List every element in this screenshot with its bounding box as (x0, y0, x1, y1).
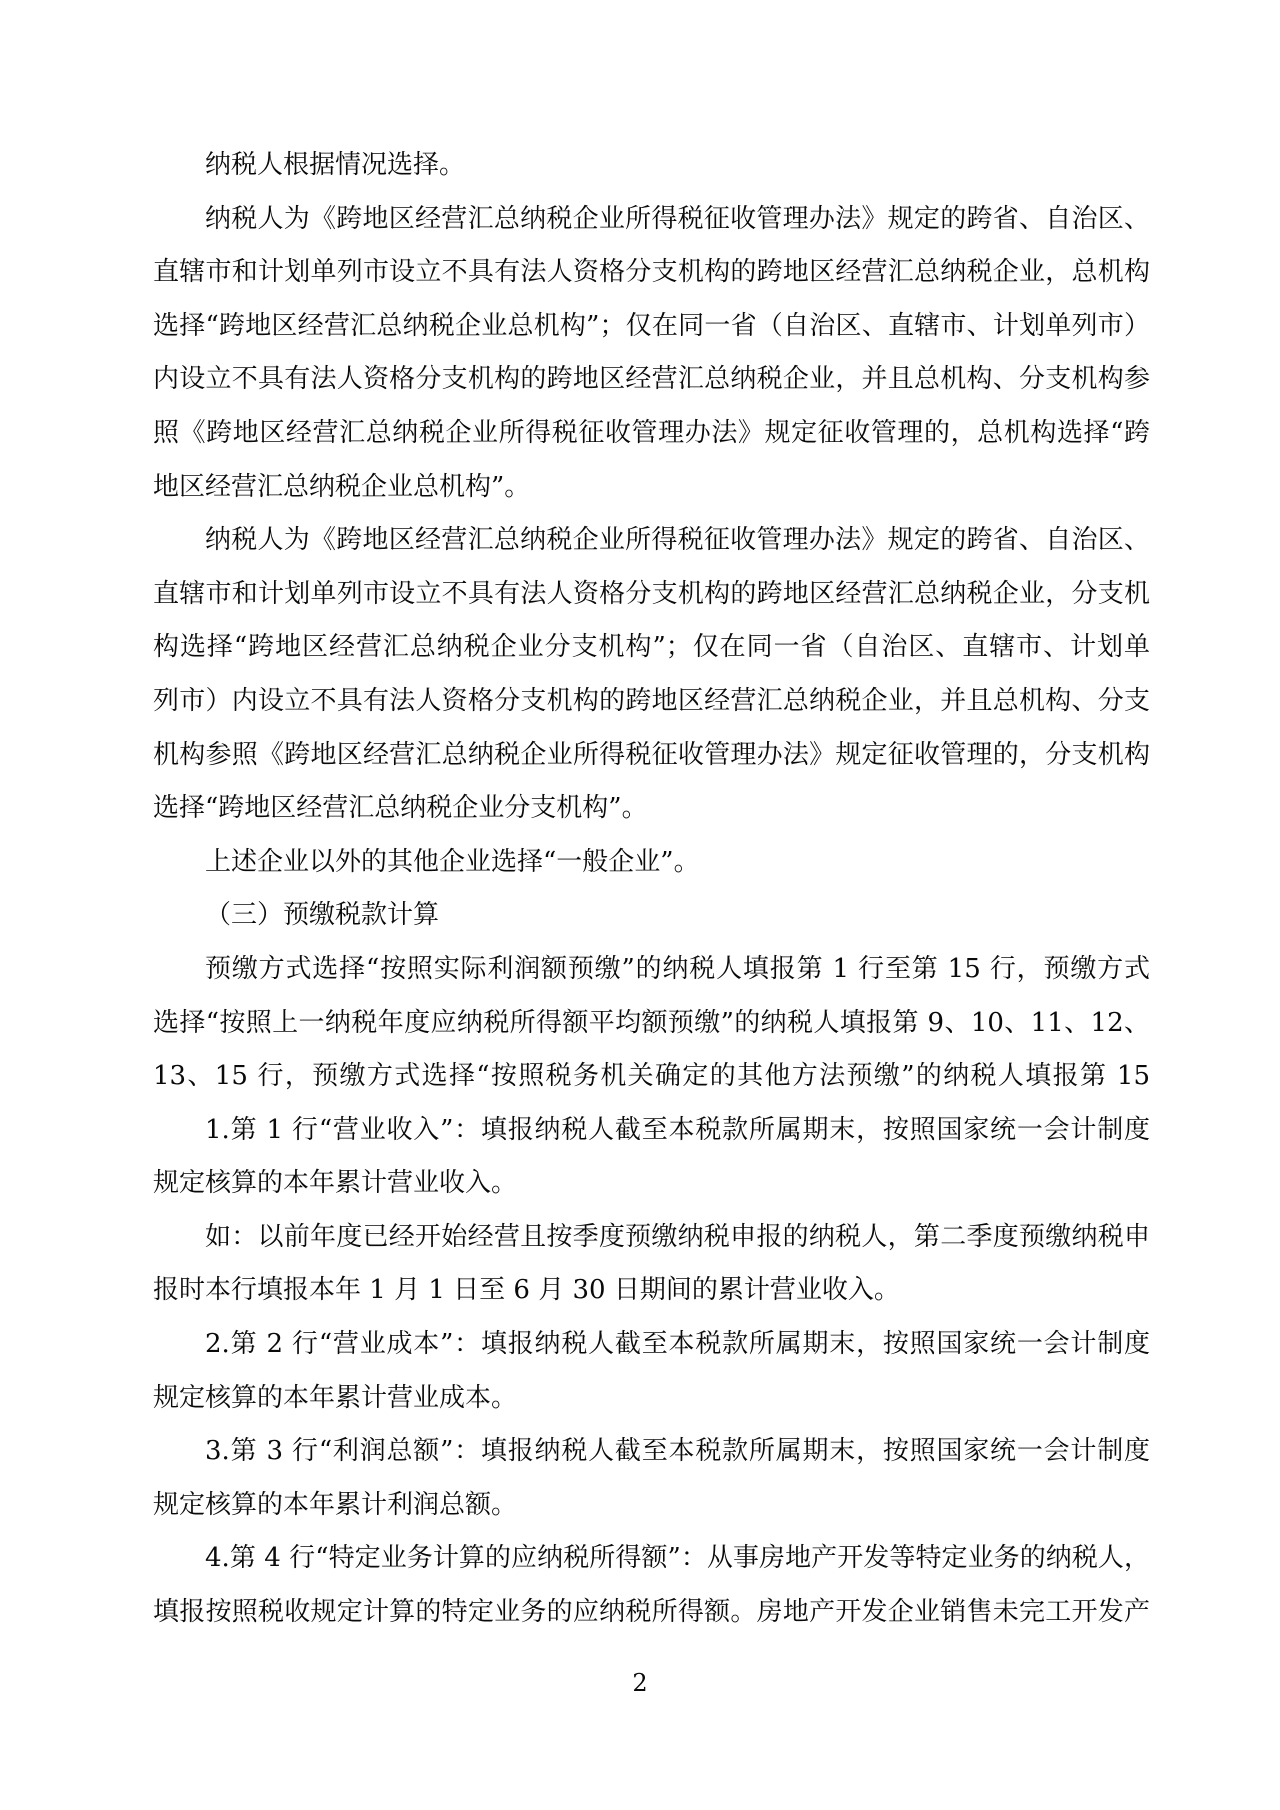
document-page: 纳税人根据情况选择。纳税人为《跨地区经营汇总纳税企业所得税征收管理办法》规定的跨… (0, 0, 1280, 1810)
text-line: 4.第 4 行“特定业务计算的应纳税所得额”：从事房地产开发等特定业务的纳税人， (153, 1532, 1150, 1586)
page-number: 2 (0, 1668, 1280, 1698)
text-line: 上述企业以外的其他企业选择“一般企业”。 (153, 836, 1150, 890)
text-line: 规定核算的本年累计利润总额。 (153, 1479, 1150, 1533)
text-line: 直辖市和计划单列市设立不具有法人资格分支机构的跨地区经营汇总纳税企业，总机构 (153, 246, 1150, 300)
text-line: 列市）内设立不具有法人资格分支机构的跨地区经营汇总纳税企业，并且总机构、分支 (153, 675, 1150, 729)
text-line: （三）预缴税款计算 (153, 889, 1150, 943)
text-line: 如：以前年度已经开始经营且按季度预缴纳税申报的纳税人，第二季度预缴纳税申 (153, 1211, 1150, 1265)
text-line: 内设立不具有法人资格分支机构的跨地区经营汇总纳税企业，并且总机构、分支机构参 (153, 353, 1150, 407)
text-line: 构选择“跨地区经营汇总纳税企业分支机构”；仅在同一省（自治区、直辖市、计划单 (153, 621, 1150, 675)
text-line: 地区经营汇总纳税企业总机构”。 (153, 461, 1150, 515)
text-line: 规定核算的本年累计营业收入。 (153, 1157, 1150, 1211)
text-line: 直辖市和计划单列市设立不具有法人资格分支机构的跨地区经营汇总纳税企业，分支机 (153, 568, 1150, 622)
text-line: 1.第 1 行“营业收入”：填报纳税人截至本税款所属期末，按照国家统一会计制度 (153, 1104, 1150, 1158)
text-line: 填报按照税收规定计算的特定业务的应纳税所得额。房地产开发企业销售未完工开发产 (153, 1586, 1150, 1640)
text-line: 纳税人为《跨地区经营汇总纳税企业所得税征收管理办法》规定的跨省、自治区、 (153, 514, 1150, 568)
text-line: 照《跨地区经营汇总纳税企业所得税征收管理办法》规定征收管理的，总机构选择“跨 (153, 407, 1150, 461)
text-line: 选择“按照上一纳税年度应纳税所得额平均额预缴”的纳税人填报第 9、10、11、1… (153, 997, 1150, 1051)
text-line: 机构参照《跨地区经营汇总纳税企业所得税征收管理办法》规定征收管理的，分支机构 (153, 729, 1150, 783)
text-line: 报时本行填报本年 1 月 1 日至 6 月 30 日期间的累计营业收入。 (153, 1264, 1150, 1318)
text-line: 2.第 2 行“营业成本”：填报纳税人截至本税款所属期末，按照国家统一会计制度 (153, 1318, 1150, 1372)
text-body: 纳税人根据情况选择。纳税人为《跨地区经营汇总纳税企业所得税征收管理办法》规定的跨… (153, 139, 1150, 1640)
text-line: 纳税人为《跨地区经营汇总纳税企业所得税征收管理办法》规定的跨省、自治区、 (153, 193, 1150, 247)
text-line: 13、15 行，预缴方式选择“按照税务机关确定的其他方法预缴”的纳税人填报第 1… (153, 1050, 1150, 1104)
text-line: 预缴方式选择“按照实际利润额预缴”的纳税人填报第 1 行至第 15 行，预缴方式 (153, 943, 1150, 997)
text-line: 选择“跨地区经营汇总纳税企业分支机构”。 (153, 782, 1150, 836)
text-line: 规定核算的本年累计营业成本。 (153, 1372, 1150, 1426)
text-line: 选择“跨地区经营汇总纳税企业总机构”；仅在同一省（自治区、直辖市、计划单列市） (153, 300, 1150, 354)
text-line: 纳税人根据情况选择。 (153, 139, 1150, 193)
text-line: 3.第 3 行“利润总额”：填报纳税人截至本税款所属期末，按照国家统一会计制度 (153, 1425, 1150, 1479)
